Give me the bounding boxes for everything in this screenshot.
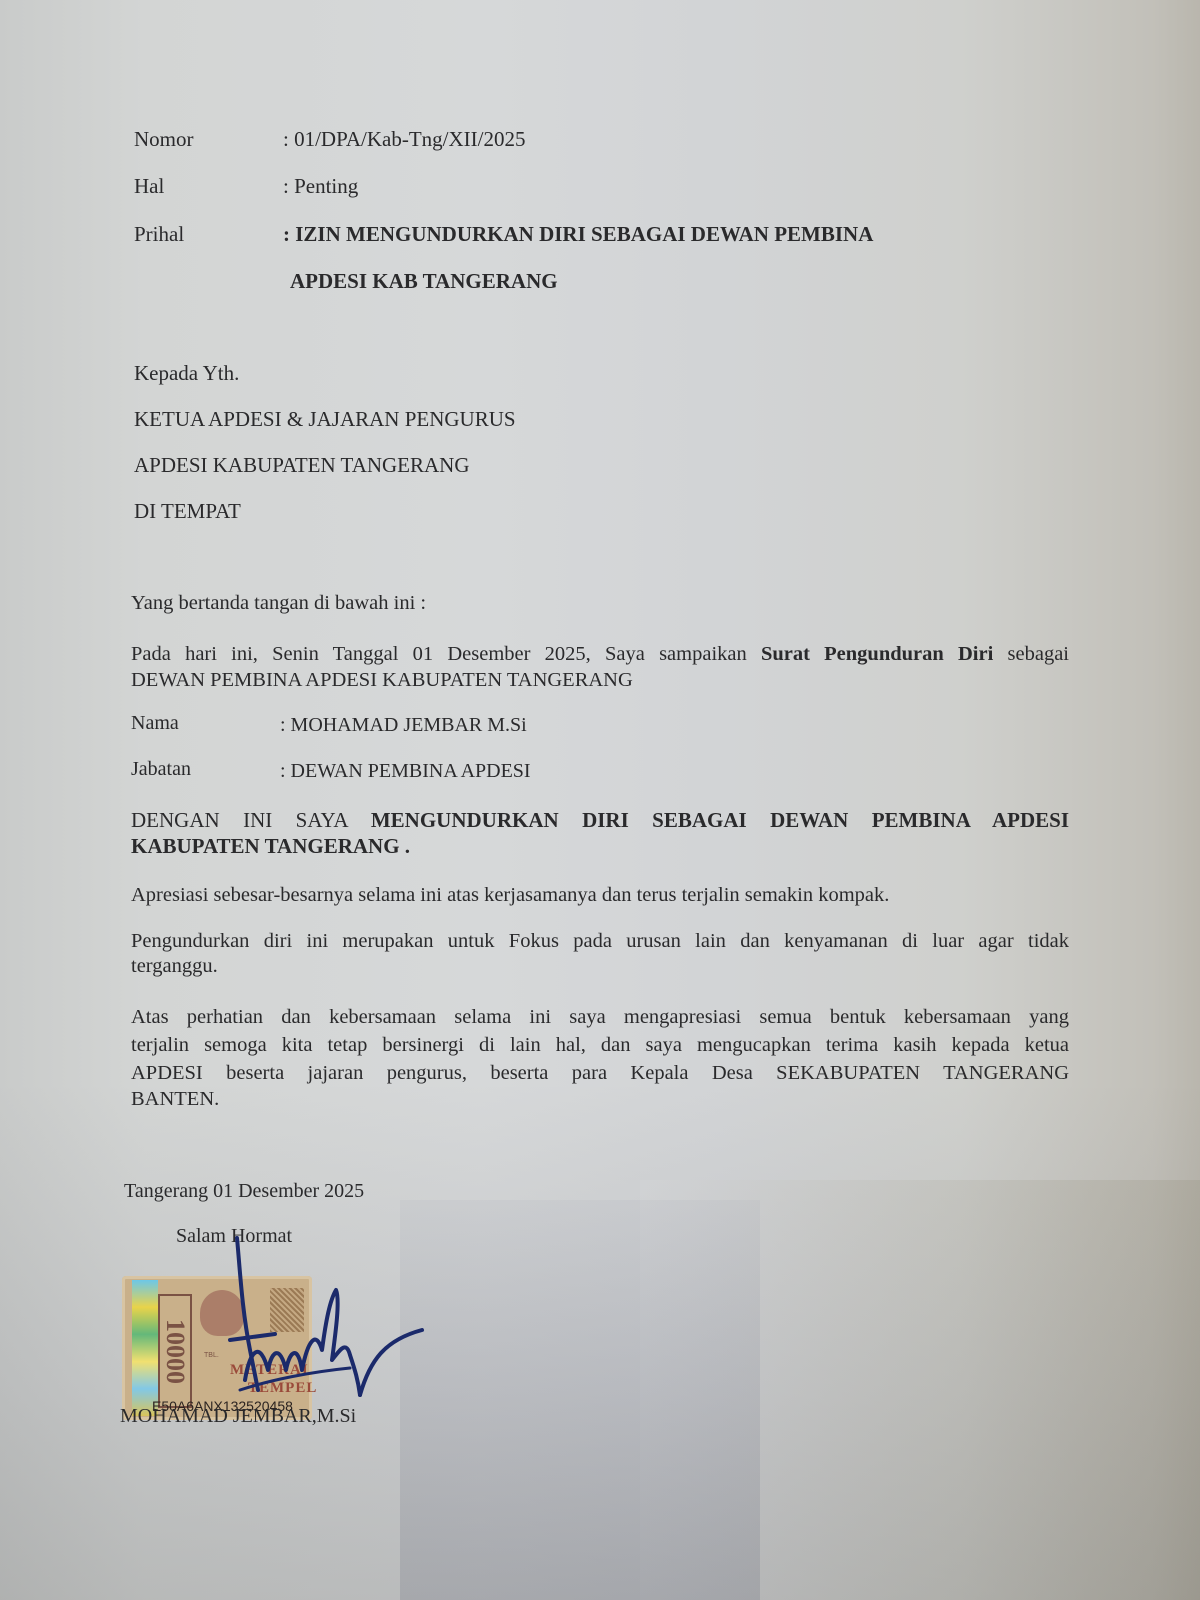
nama-label: Nama — [131, 712, 179, 735]
hal-value: : Penting — [283, 174, 358, 199]
paragraph-4-line4: BANTEN. — [131, 1088, 1069, 1111]
place-date: Tangerang 01 Desember 2025 — [124, 1180, 364, 1203]
declaration-line2: KABUPATEN TANGERANG . — [131, 834, 1069, 859]
paragraph-4-line1: Atas perhatian dan kebersamaan selama in… — [131, 1006, 1069, 1029]
recipient-line2: APDESI KABUPATEN TANGERANG — [134, 453, 470, 478]
paragraph-3-line2: terganggu. — [131, 955, 1069, 978]
declaration-line1: DENGAN INI SAYA MENGUNDURKAN DIRI SEBAGA… — [131, 808, 1069, 833]
stamp-value: 10000 — [158, 1294, 192, 1408]
letter-page: Nomor : 01/DPA/Kab-Tng/XII/2025 Hal : Pe… — [0, 0, 1200, 1600]
prihal-label: Prihal — [134, 222, 184, 247]
hologram-strip — [132, 1280, 158, 1416]
paragraph-2: Apresiasi sebesar-besarnya selama ini at… — [131, 884, 1069, 907]
paragraph-4-line3: APDESI beserta jajaran pengurus, beserta… — [131, 1062, 1069, 1085]
p1-end: sebagai — [1008, 643, 1069, 665]
hal-label: Hal — [134, 174, 164, 199]
paragraph-1-line1: Pada hari ini, Senin Tanggal 01 Desember… — [131, 643, 1069, 666]
signer-name: MOHAMAD JEMBAR,M.Si — [120, 1405, 356, 1428]
declaration-bold-1: MENGUNDURKAN DIRI SEBAGAI DEWAN PEMBINA … — [371, 808, 1069, 832]
recipient-line3: DI TEMPAT — [134, 499, 241, 524]
jabatan-value: : DEWAN PEMBINA APDESI — [280, 760, 531, 783]
prihal-value-line2: APDESI KAB TANGERANG — [290, 269, 558, 294]
paragraph-4-line2: terjalin semoga kita tetap bersinergi di… — [131, 1034, 1069, 1057]
prihal-value-line1: : IZIN MENGUNDURKAN DIRI SEBAGAI DEWAN P… — [283, 222, 873, 247]
paragraph-3-line1: Pengundurkan diri ini merupakan untuk Fo… — [131, 930, 1069, 953]
nomor-label: Nomor — [134, 127, 194, 152]
paragraph-1-line2: DEWAN PEMBINA APDESI KABUPATEN TANGERANG — [131, 669, 1069, 692]
recipient-salutation: Kepada Yth. — [134, 361, 239, 386]
declaration-start: DENGAN INI SAYA — [131, 808, 347, 832]
p1-bold: Surat Pengunduran Diri — [761, 643, 993, 665]
recipient-line1: KETUA APDESI & JAJARAN PENGURUS — [134, 407, 516, 432]
jabatan-label: Jabatan — [131, 758, 191, 781]
intro-text: Yang bertanda tangan di bawah ini : — [131, 592, 1069, 615]
nama-value: : MOHAMAD JEMBAR M.Si — [280, 714, 527, 737]
nomor-value: : 01/DPA/Kab-Tng/XII/2025 — [283, 127, 525, 152]
p1-start: Pada hari ini, Senin Tanggal 01 Desember… — [131, 643, 747, 665]
handwritten-signature — [190, 1230, 430, 1430]
